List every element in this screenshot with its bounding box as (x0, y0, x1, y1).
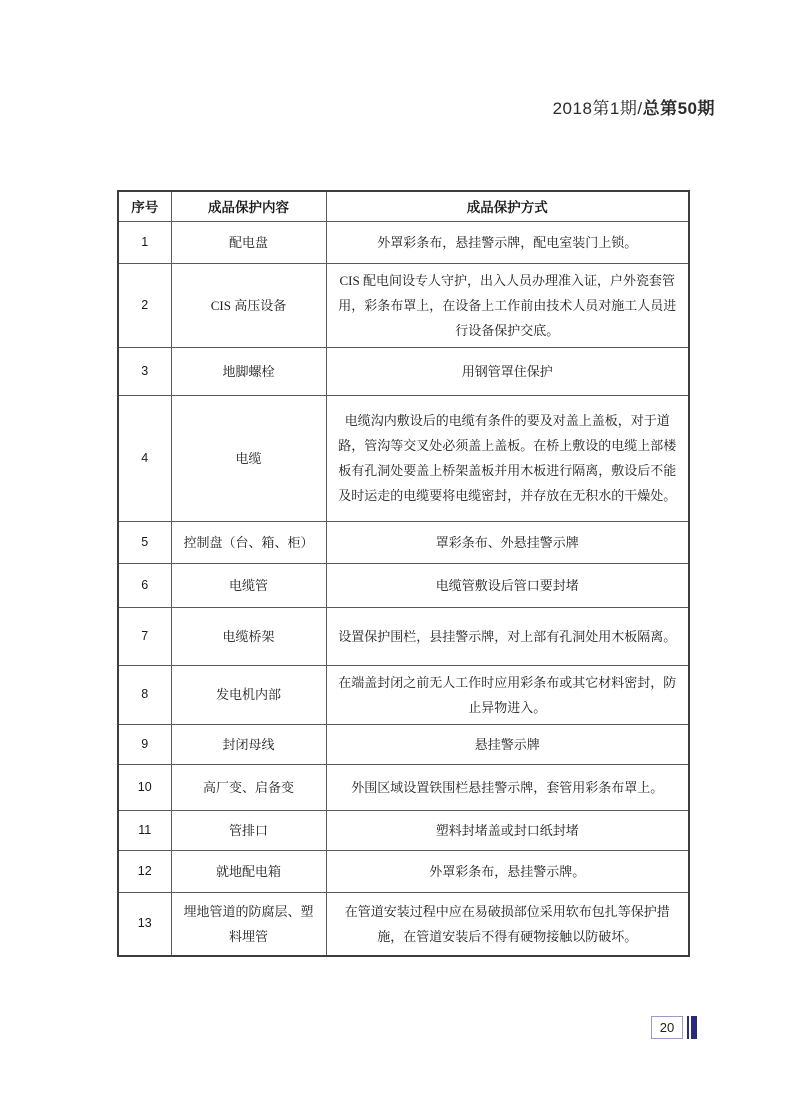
column-header-index: 序号 (118, 191, 171, 221)
product-protection-table: 序号 成品保护内容 成品保护方式 1 配电盘 外罩彩条布，悬挂警示牌，配电室装门… (117, 190, 690, 957)
table-header-row: 序号 成品保护内容 成品保护方式 (118, 191, 689, 221)
issue-number-text: 2018第1期/ (553, 99, 643, 118)
page-number: 20 (660, 1020, 674, 1035)
table-row: 13 埋地管道的防腐层、塑料埋管 在管道安装过程中应在易破损部位采用软布包扎等保… (118, 892, 689, 956)
table-row: 7 电缆桥架 设置保护围栏，县挂警示牌，对上部有孔洞处用木板隔离。 (118, 607, 689, 665)
protection-content-cell: 高厂变、启备变 (171, 764, 326, 810)
table-row: 10 高厂变、启备变 外围区域设置铁围栏悬挂警示牌，套管用彩条布罩上。 (118, 764, 689, 810)
protection-content-cell: 发电机内部 (171, 665, 326, 724)
protection-content-cell: 电缆 (171, 395, 326, 521)
table-row: 5 控制盘（台、箱、柜） 罩彩条布、外悬挂警示牌 (118, 521, 689, 563)
column-header-method: 成品保护方式 (326, 191, 689, 221)
row-number: 1 (118, 221, 171, 263)
protection-content-cell: 埋地管道的防腐层、塑料埋管 (171, 892, 326, 956)
table-row: 12 就地配电箱 外罩彩条布，悬挂警示牌。 (118, 850, 689, 892)
table-row: 8 发电机内部 在端盖封闭之前无人工作时应用彩条布或其它材料密封，防止异物进入。 (118, 665, 689, 724)
protection-method-cell: 外罩彩条布，悬挂警示牌，配电室装门上锁。 (326, 221, 689, 263)
protection-content-cell: 配电盘 (171, 221, 326, 263)
protection-content-cell: 封闭母线 (171, 724, 326, 764)
protection-content-cell: CIS 高压设备 (171, 263, 326, 347)
row-number: 2 (118, 263, 171, 347)
row-number: 3 (118, 347, 171, 395)
protection-content-cell: 管排口 (171, 810, 326, 850)
footer-accent-thin-bar (687, 1016, 689, 1039)
protection-method-cell: 在端盖封闭之前无人工作时应用彩条布或其它材料密封，防止异物进入。 (326, 665, 689, 724)
row-number: 4 (118, 395, 171, 521)
protection-method-cell: 悬挂警示牌 (326, 724, 689, 764)
table-row: 9 封闭母线 悬挂警示牌 (118, 724, 689, 764)
protection-method-cell: 设置保护围栏，县挂警示牌，对上部有孔洞处用木板隔离。 (326, 607, 689, 665)
journal-issue-header: 2018第1期/总第50期 (553, 94, 715, 119)
protection-method-cell: CIS 配电间设专人守护，出入人员办理准入证，户外瓷套管用，彩条布罩上，在设备上… (326, 263, 689, 347)
protection-content-cell: 地脚螺栓 (171, 347, 326, 395)
row-number: 10 (118, 764, 171, 810)
footer-accent-thick-bar (691, 1016, 697, 1039)
protection-content-cell: 电缆管 (171, 563, 326, 607)
protection-method-cell: 电缆沟内敷设后的电缆有条件的要及对盖上盖板，对于道路，管沟等交叉处必须盖上盖板。… (326, 395, 689, 521)
column-header-content: 成品保护内容 (171, 191, 326, 221)
protection-content-cell: 控制盘（台、箱、柜） (171, 521, 326, 563)
row-number: 5 (118, 521, 171, 563)
row-number: 13 (118, 892, 171, 956)
table-row: 6 电缆管 电缆管敷设后管口要封堵 (118, 563, 689, 607)
protection-method-cell: 外罩彩条布，悬挂警示牌。 (326, 850, 689, 892)
row-number: 11 (118, 810, 171, 850)
table-row: 11 管排口 塑料封堵盖或封口纸封堵 (118, 810, 689, 850)
table-row: 3 地脚螺栓 用钢管罩住保护 (118, 347, 689, 395)
protection-content-cell: 就地配电箱 (171, 850, 326, 892)
row-number: 8 (118, 665, 171, 724)
protection-method-cell: 外围区域设置铁围栏悬挂警示牌，套管用彩条布罩上。 (326, 764, 689, 810)
row-number: 9 (118, 724, 171, 764)
row-number: 6 (118, 563, 171, 607)
row-number: 12 (118, 850, 171, 892)
page-number-box: 20 (651, 1016, 683, 1039)
protection-method-cell: 塑料封堵盖或封口纸封堵 (326, 810, 689, 850)
protection-method-cell: 电缆管敷设后管口要封堵 (326, 563, 689, 607)
protection-method-cell: 用钢管罩住保护 (326, 347, 689, 395)
issue-total-text: 总第50期 (643, 99, 715, 118)
table-row: 2 CIS 高压设备 CIS 配电间设专人守护，出入人员办理准入证，户外瓷套管用… (118, 263, 689, 347)
table-row: 4 电缆 电缆沟内敷设后的电缆有条件的要及对盖上盖板，对于道路，管沟等交叉处必须… (118, 395, 689, 521)
table-row: 1 配电盘 外罩彩条布，悬挂警示牌，配电室装门上锁。 (118, 221, 689, 263)
protection-method-cell: 在管道安装过程中应在易破损部位采用软布包扎等保护措施，在管道安装后不得有硬物接触… (326, 892, 689, 956)
protection-method-cell: 罩彩条布、外悬挂警示牌 (326, 521, 689, 563)
protection-content-cell: 电缆桥架 (171, 607, 326, 665)
row-number: 7 (118, 607, 171, 665)
page-footer: 20 (651, 1016, 697, 1039)
